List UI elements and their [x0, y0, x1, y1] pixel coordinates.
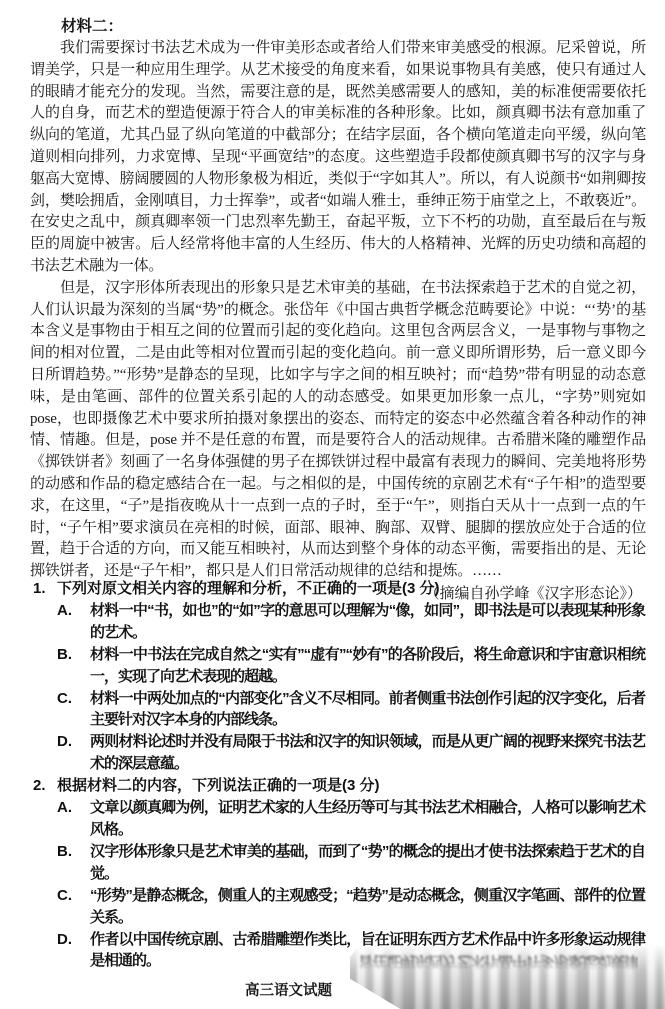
option-a-text: 文章以颜真卿为例，证明艺术家的人生经历等可与其书法艺术相融合，人格可以影响艺术风… — [90, 799, 645, 838]
question-1-option-a: A. 材料一中“书，如也”的“如”字的意思可以理解为“像，如同”，即书法是可以表… — [33, 600, 645, 644]
option-c-label: C. — [57, 688, 72, 710]
option-c-text: 材料一中两处加点的“内部变化”含义不尽相同。前者侧重书法创作引起的汉字变化，后者… — [90, 690, 645, 729]
option-b-label: B. — [57, 841, 72, 863]
material-heading: 材料二： — [30, 16, 646, 38]
question-1-option-d: D. 两则材料论述时并没有局限于书法和汉字的知识领域，而是从更广阔的视野来探究书… — [33, 731, 645, 775]
question-1-number: 1. — [33, 578, 46, 600]
question-1: 1. 下列对原文相关内容的理解和分析，不正确的一项是(3 分) A. 材料一中“… — [33, 578, 645, 775]
question-2-option-b: B. 汉字形体形象只是艺术审美的基础，而到了“势”的概念的提出才使书法探索趋于艺… — [33, 841, 645, 885]
question-2-stem: 2. 根据材料二的内容，下列说法正确的一项是(3 分) — [33, 775, 645, 797]
option-a-label: A. — [57, 600, 72, 622]
question-1-stem: 1. 下列对原文相关内容的理解和分析，不正确的一项是(3 分) — [33, 578, 645, 600]
question-2: 2. 根据材料二的内容，下列说法正确的一项是(3 分) A. 文章以颜真卿为例，… — [33, 775, 645, 972]
material-paragraph-1: 我们需要探讨书法艺术成为一件审美形态或者给人们带来审美感受的根源。尼采曾说，所谓… — [30, 38, 646, 278]
option-c-text: “形势”是静态概念，侧重人的主观感受；“趋势”是动态概念，侧重汉字笔画、部件的位… — [90, 887, 645, 926]
option-d-label: D. — [57, 731, 72, 753]
question-2-option-d: D. 作者以中国传统京剧、古希腊雕塑作类比，旨在证明东西方艺术作品中许多形象运动… — [33, 929, 645, 973]
question-2-option-a: A. 文章以颜真卿为例，证明艺术家的人生经历等可与其书法艺术相融合，人格可以影响… — [33, 797, 645, 841]
option-a-text: 材料一中“书，如也”的“如”字的意思可以理解为“像，如同”，即书法是可以表现某种… — [90, 602, 645, 641]
option-a-label: A. — [57, 797, 72, 819]
question-2-option-c: C. “形势”是静态概念，侧重人的主观感受；“趋势”是动态概念，侧重汉字笔画、部… — [33, 885, 645, 929]
option-c-label: C. — [57, 885, 72, 907]
option-d-text: 两则材料论述时并没有局限于书法和汉字的知识领域，而是从更广阔的视野来探究书法艺术… — [90, 733, 645, 772]
option-d-text: 作者以中国传统京剧、古希腊雕塑作类比，旨在证明东西方艺术作品中许多形象运动规律是… — [90, 931, 645, 970]
question-2-number: 2. — [33, 775, 46, 797]
question-2-stem-text: 根据材料二的内容，下列说法正确的一项是(3 分) — [57, 777, 380, 794]
questions-section: 1. 下列对原文相关内容的理解和分析，不正确的一项是(3 分) A. 材料一中“… — [33, 578, 645, 972]
option-b-label: B. — [57, 644, 72, 666]
option-b-text: 材料一中书法在完成自然之“实有”“虚有”“妙有”的各阶段后，将生命意识和宇宙意识… — [90, 646, 645, 685]
question-1-option-c: C. 材料一中两处加点的“内部变化”含义不尽相同。前者侧重书法创作引起的汉字变化… — [33, 688, 645, 732]
material-paragraph-2: 但是，汉字形体所表现出的形象只是艺术审美的基础，在书法探索趋于艺术的自觉之初，人… — [30, 278, 646, 583]
option-d-label: D. — [57, 929, 72, 951]
question-1-option-b: B. 材料一中书法在完成自然之“实有”“虚有”“妙有”的各阶段后，将生命意识和宇… — [33, 644, 645, 688]
option-b-text: 汉字形体形象只是艺术审美的基础，而到了“势”的概念的提出才使书法探索趋于艺术的自… — [90, 843, 645, 882]
exam-page: 材料二： 我们需要探讨书法艺术成为一件审美形态或者给人们带来审美感受的根源。尼采… — [0, 0, 665, 1009]
material-section: 材料二： 我们需要探讨书法艺术成为一件审美形态或者给人们带来审美感受的根源。尼采… — [30, 16, 646, 606]
page-footer: 高三语文试题 — [0, 979, 577, 1000]
question-1-stem-text: 下列对原文相关内容的理解和分析，不正确的一项是(3 分) — [57, 580, 440, 597]
